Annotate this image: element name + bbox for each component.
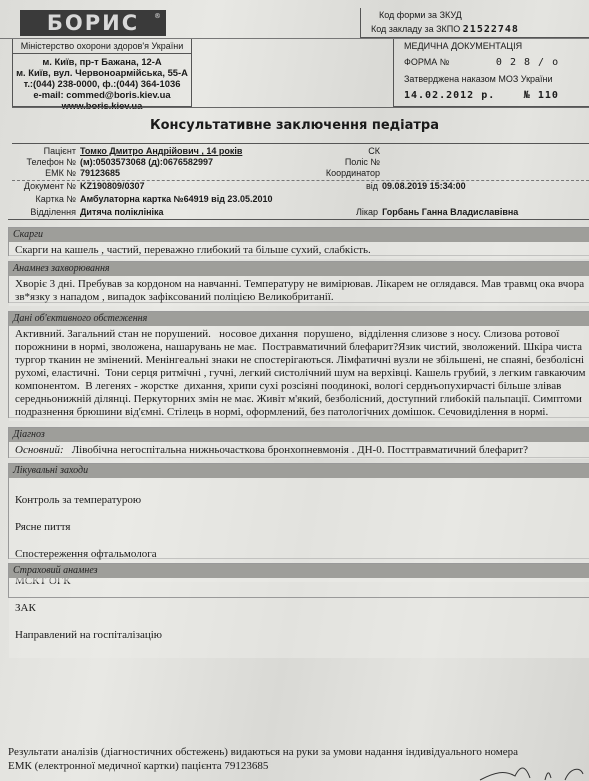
address-line: м. Київ, пр-т Бажана, 12-А (13, 56, 191, 67)
address-line: м. Київ, вул. Червоноармійська, 55-А (13, 67, 191, 78)
phone-row: Телефон №(м):0503573068 (д):0676582997 (8, 157, 308, 168)
diagnosis-body: Основний:Лівобічна негоспітальна нижньоч… (9, 442, 589, 459)
doctor-value: Горбань Ганна Владиславівна (382, 207, 518, 217)
document-value: KZ190809/0307 (80, 181, 145, 191)
email-line: e-mail: commed@boris.kiev.ua (13, 89, 191, 100)
date-label: від (366, 181, 378, 191)
phone-fax-line: т.:(044) 238-0000, ф.:(044) 364-1036 (13, 78, 191, 89)
ministry-name: Міністерство охорони здоров'я України (13, 39, 191, 54)
treatment-item: Контроль за температурою (15, 494, 586, 508)
insurance-history-section: Страховий анамнез (8, 563, 589, 598)
emk-label: ЕМК № (8, 168, 76, 179)
zkpo-label: Код закладу за ЗКПО (371, 24, 460, 34)
med-doc-box: МЕДИЧНА ДОКУМЕНТАЦІЯ ФОРМА № 0 2 8 / о З… (393, 38, 589, 107)
doctor-signature (475, 762, 585, 781)
date-value: 09.08.2019 15:34:00 (382, 181, 466, 191)
zkpo-row: Код закладу за ЗКПО 21522748 (371, 22, 589, 37)
card-value: Амбулаторна картка №64919 від 23.05.2010 (80, 194, 272, 204)
order-number: № 110 (524, 90, 559, 101)
policy-label: Поліс № (300, 157, 380, 168)
treatment-item: Направлений на госпіталізацію (15, 629, 586, 643)
divider (8, 219, 589, 220)
footer-line: Результати аналізів (діагностичних обсте… (8, 745, 589, 759)
card-label: Картка № (8, 194, 76, 205)
document-label: Документ № (8, 181, 76, 192)
clinic-address: м. Київ, пр-т Бажана, 12-А м. Київ, вул.… (13, 54, 191, 111)
anamnesis-heading: Анамнез захворювання (9, 262, 589, 276)
department-value: Дитяча поліклініка (80, 207, 164, 217)
sk-label: СК (300, 146, 380, 157)
logo-text: БОРИС (47, 11, 139, 35)
treatment-item: Рясне пиття (15, 521, 586, 535)
form-number-row: ФОРМА № 0 2 8 / о (404, 54, 589, 71)
form-label: ФОРМА № (404, 57, 449, 67)
med-doc-title: МЕДИЧНА ДОКУМЕНТАЦІЯ (404, 38, 589, 54)
form-codes-box: Код форми за ЗКУД Код закладу за ЗКПО 21… (360, 8, 589, 38)
department-row: ВідділенняДитяча поліклініка (8, 207, 328, 218)
zkud-label: Код форми за ЗКУД (371, 8, 589, 22)
treatment-section: Лікувальні заходи Контроль за температур… (8, 463, 589, 559)
doctor-row: ЛікарГорбань Ганна Владиславівна (356, 207, 518, 218)
treatment-heading: Лікувальні заходи (9, 464, 589, 478)
website-line: www.boris.kiev.ua (13, 100, 191, 111)
complaints-text: Скарги на кашель , частий, переважно гли… (9, 242, 589, 259)
objective-exam-text: Активний. Загальний стан не порушений. н… (9, 326, 589, 421)
diagnosis-section: Діагноз Основний:Лівобічна негоспітальна… (8, 427, 589, 458)
coordinator-label: Координатор (300, 168, 380, 179)
divider (12, 143, 589, 144)
insurance-info: СК Поліс № Координатор (300, 146, 380, 179)
diagnosis-text: Лівобічна негоспітальна нижньочасткова б… (72, 444, 528, 456)
card-row: Картка №Амбулаторна картка №64919 від 23… (8, 194, 328, 205)
phone-label: Телефон № (8, 157, 76, 168)
department-label: Відділення (8, 207, 76, 218)
objective-exam-heading: Дані об'єктивного обстеження (9, 312, 589, 326)
patient-info: ПацієнтТомко Дмитро Андрійович , 14 рокі… (8, 146, 308, 179)
approved-text: Затверджена наказом МОЗ України (404, 71, 589, 87)
date-row: від09.08.2019 15:34:00 (366, 181, 466, 192)
insurance-history-text (9, 578, 589, 582)
diagnosis-heading: Діагноз (9, 428, 589, 442)
anamnesis-text: Хворіє 3 дні. Пребував за кордоном на на… (9, 276, 589, 306)
document-title: Консультативне заключення педіатра (0, 118, 589, 133)
phone-value: (м):0503573068 (д):0676582997 (80, 157, 213, 167)
patient-label: Пацієнт (8, 146, 76, 157)
treatment-item: ЗАК (15, 602, 586, 616)
complaints-section: Скарги Скарги на кашель , частий, перева… (8, 227, 589, 256)
diagnosis-prefix: Основний: (15, 444, 64, 456)
objective-exam-section: Дані об'єктивного обстеження Активний. З… (8, 311, 589, 418)
treatment-item: Спостереження офтальмолога (15, 548, 586, 562)
divider (12, 107, 589, 108)
doctor-label: Лікар (356, 207, 378, 217)
patient-row: ПацієнтТомко Дмитро Андрійович , 14 рокі… (8, 146, 308, 157)
approved-date: 14.02.2012 р. (404, 90, 495, 101)
clinic-logo: БОРИС ® (20, 10, 166, 36)
clinic-info-box: Міністерство охорони здоров'я України м.… (12, 38, 192, 107)
document-row: Документ №KZ190809/0307 (8, 181, 328, 192)
complaints-heading: Скарги (9, 228, 589, 242)
patient-name: Томко Дмитро Андрійович , 14 років (80, 146, 242, 156)
registered-mark: ® (154, 12, 163, 20)
insurance-history-heading: Страховий анамнез (9, 564, 589, 578)
form-value: 0 2 8 / о (496, 57, 559, 68)
document-info: Документ №KZ190809/0307 Картка №Амбулато… (8, 181, 328, 218)
emk-row: ЕМК №79123685 (8, 168, 308, 179)
anamnesis-section: Анамнез захворювання Хворіє 3 дні. Пребу… (8, 261, 589, 303)
emk-value: 79123685 (80, 168, 120, 178)
approved-row: 14.02.2012 р. № 110 (404, 87, 589, 104)
zkpo-value: 21522748 (463, 24, 519, 35)
divider (0, 38, 589, 39)
